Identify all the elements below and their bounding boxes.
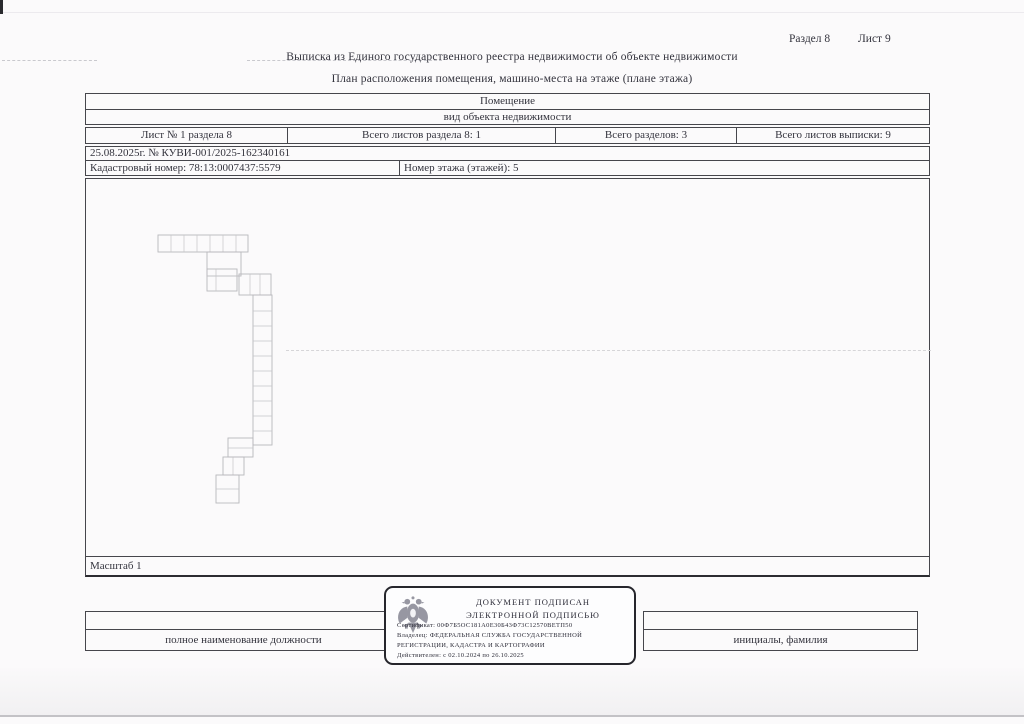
scanned-document-page: Раздел 8 Лист 9 Выписка из Единого госуд… bbox=[0, 0, 1024, 724]
sheet-number-label: Лист 9 bbox=[858, 33, 891, 45]
stamp-certificate: Сертификат: 00Ф7Б5ОС181А0Е30Б43Ф73С12570… bbox=[397, 622, 630, 629]
scale-separator-line bbox=[86, 556, 929, 557]
stamp-line-1: ДОКУМЕНТ ПОДПИСАН bbox=[438, 597, 628, 607]
sheet-cell-4: Всего листов выписки: 9 bbox=[736, 127, 930, 144]
object-type-caption-cell: вид объекта недвижимости bbox=[85, 109, 930, 125]
document-title: Выписка из Единого государственного реес… bbox=[0, 51, 1024, 63]
scan-page-edge bbox=[0, 715, 1024, 717]
sheet-cell-1: Лист № 1 раздела 8 bbox=[85, 127, 288, 144]
name-label-cell: инициалы, фамилия bbox=[643, 629, 918, 651]
floor-plan-drawing bbox=[146, 227, 386, 517]
scan-artifact-corner-mark bbox=[0, 0, 3, 14]
electronic-signature-stamp: ДОКУМЕНТ ПОДПИСАН ЭЛЕКТРОННОЙ ПОДПИСЬЮ С… bbox=[384, 586, 636, 665]
stamp-line-2: ЭЛЕКТРОННОЙ ПОДПИСЬЮ bbox=[438, 610, 628, 620]
signature-empty-cell-left bbox=[85, 611, 402, 630]
document-subtitle: План расположения помещения, машино-мест… bbox=[0, 73, 1024, 85]
stamp-owner-line-2: РЕГИСТРАЦИИ, КАДАСТРА И КАРТОГРАФИИ bbox=[397, 642, 630, 649]
scale-label: Масштаб 1 bbox=[90, 560, 142, 572]
coat-of-arms-eagle-icon bbox=[394, 593, 432, 637]
section-number-label: Раздел 8 bbox=[789, 33, 830, 45]
scan-shadow-band bbox=[0, 668, 1024, 716]
position-label-cell: полное наименование должности bbox=[85, 629, 402, 651]
signature-empty-cell-right bbox=[643, 611, 918, 630]
scan-artifact-line bbox=[0, 12, 1024, 13]
object-type-value-cell: Помещение bbox=[85, 93, 930, 110]
floor-number-cell: Номер этажа (этажей): 5 bbox=[399, 160, 930, 176]
extract-date-number-cell: 25.08.2025г. № КУВИ-001/2025-162340161 bbox=[85, 146, 930, 161]
floor-plan-frame: Масштаб 1 bbox=[85, 178, 930, 577]
stamp-owner-line-1: Владелец: ФЕДЕРАЛЬНАЯ СЛУЖБА ГОСУДАРСТВЕ… bbox=[397, 632, 630, 639]
cadastral-number-cell: Кадастровый номер: 78:13:0007437:5579 bbox=[85, 160, 400, 176]
sheet-cell-3: Всего разделов: 3 bbox=[555, 127, 737, 144]
stamp-validity: Действителен: с 02.10.2024 по 26.10.2025 bbox=[397, 652, 630, 659]
sheet-cell-2: Всего листов раздела 8: 1 bbox=[287, 127, 556, 144]
